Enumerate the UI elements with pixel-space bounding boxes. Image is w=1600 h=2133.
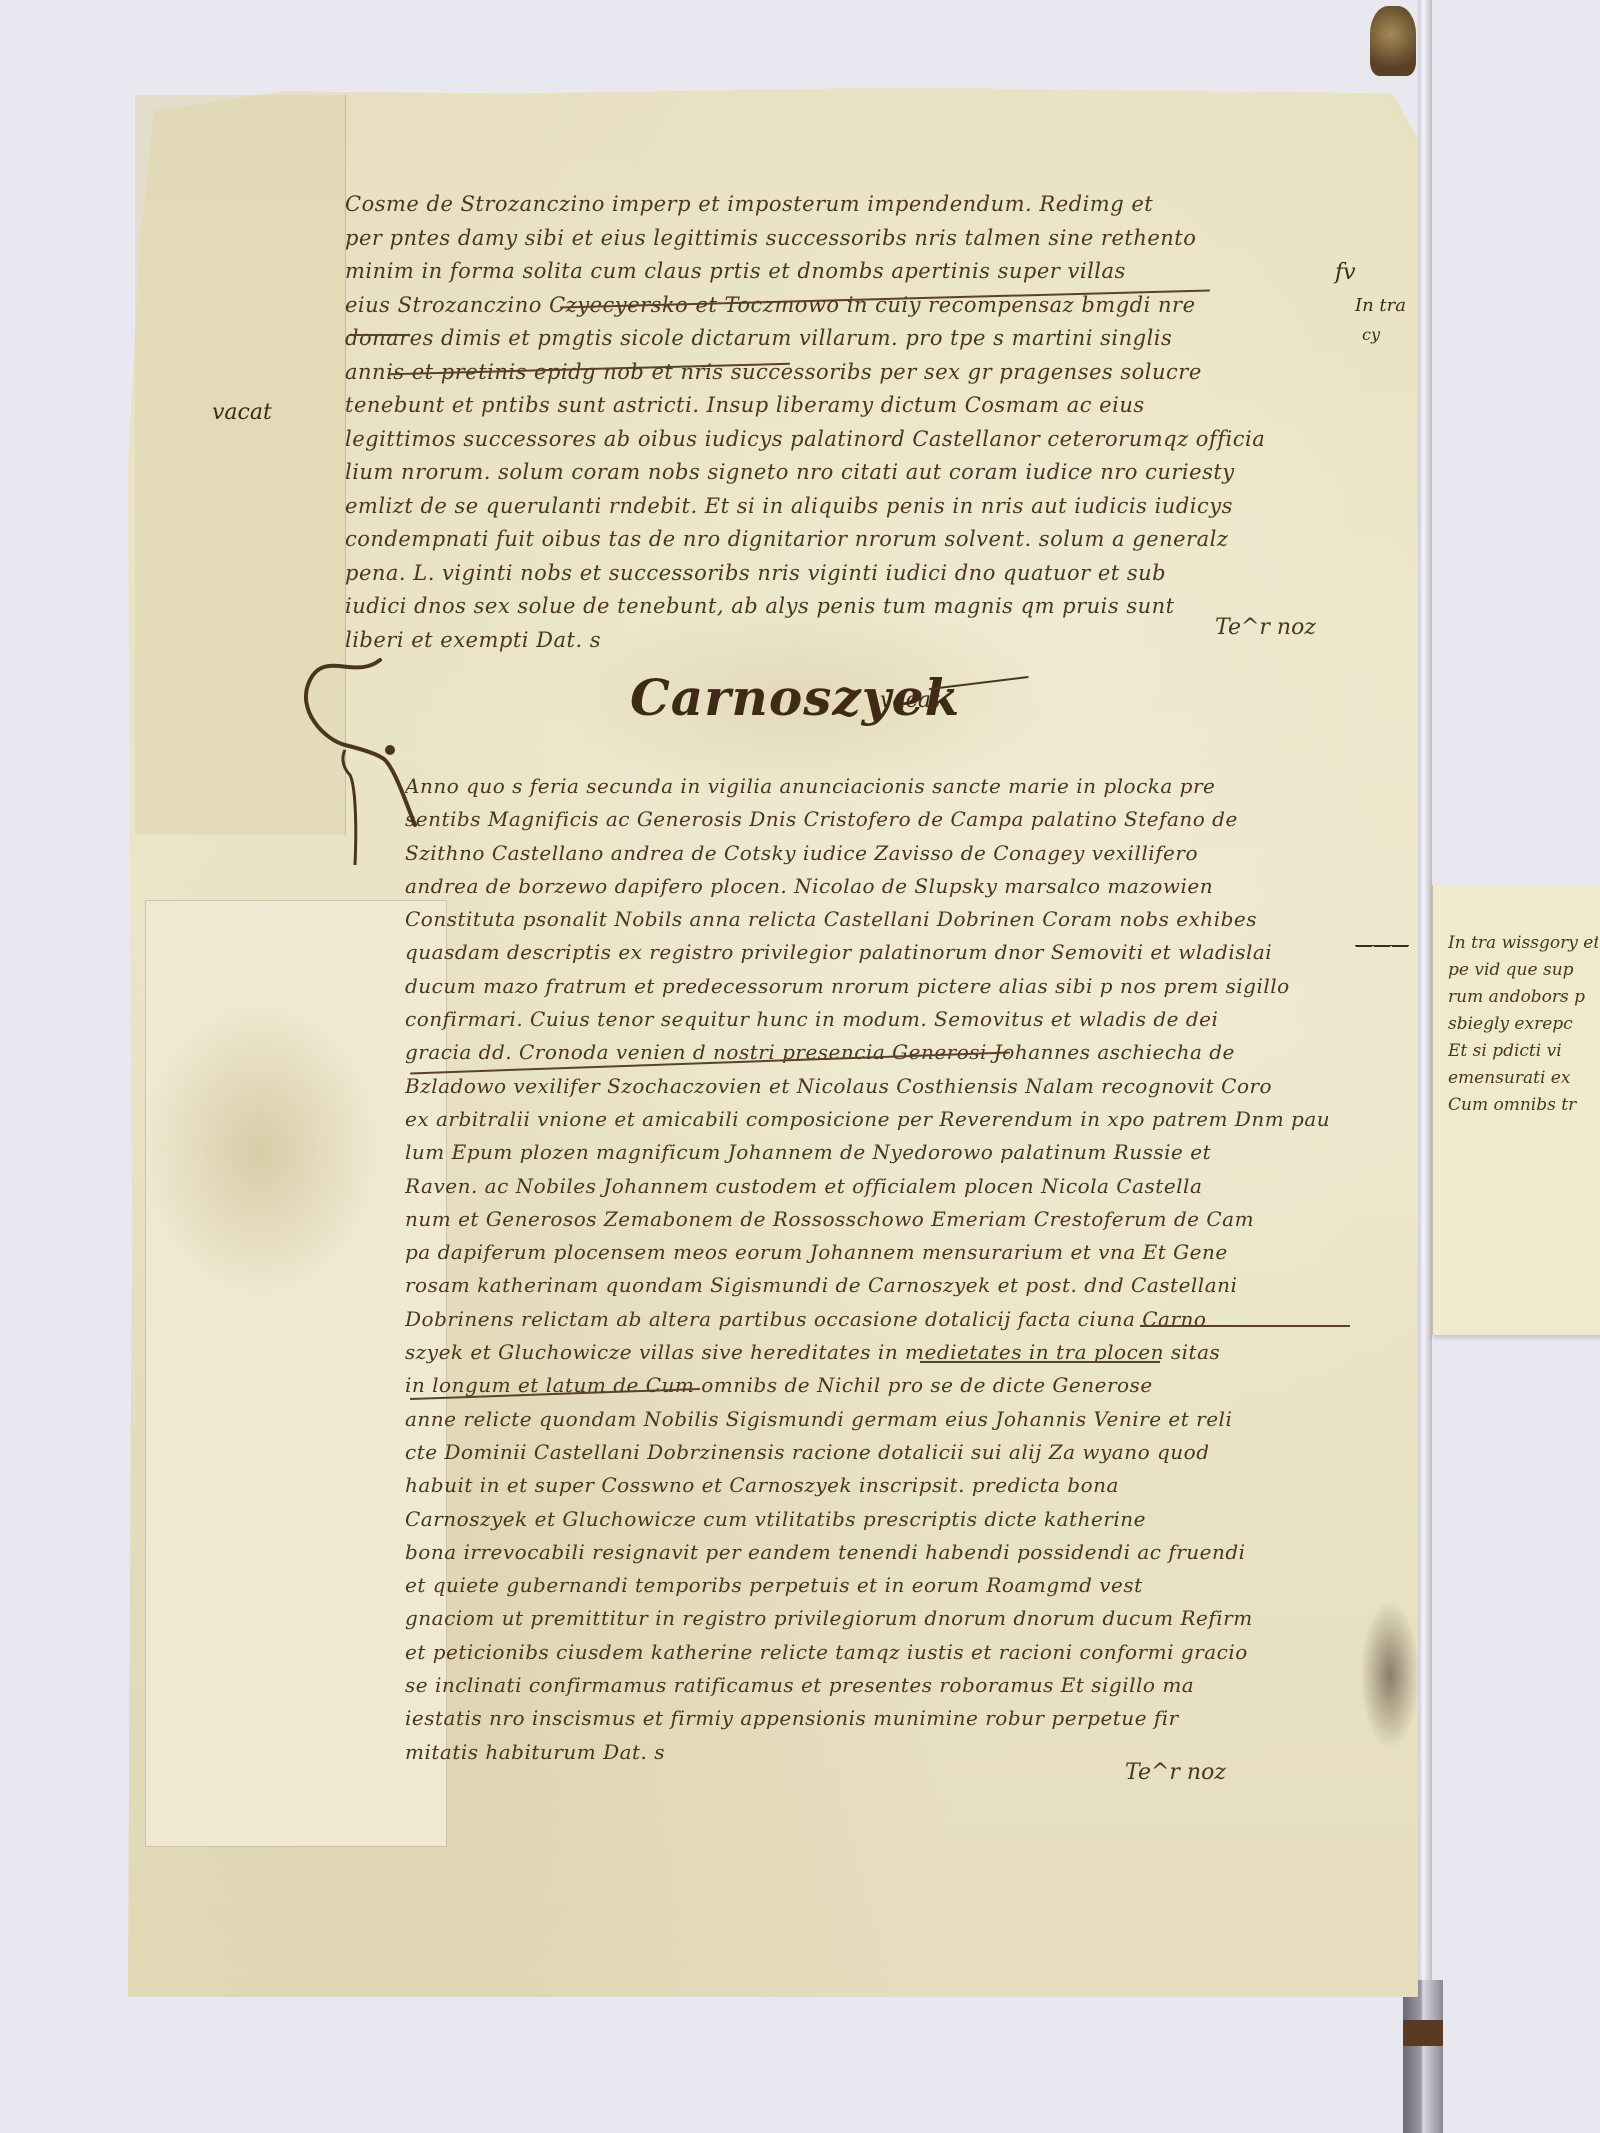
binding-rod	[1403, 1980, 1443, 2133]
text-line: sentibs Magnificis ac Generosis Dnis Cri…	[405, 803, 1415, 836]
text-line: iestatis nro inscismus et firmiy appensi…	[405, 1702, 1415, 1735]
right-margin-note: cy	[1362, 325, 1380, 344]
text-line: Anno quo s feria secunda in vigilia anun…	[405, 770, 1415, 803]
slip-line: sbiegly exrepc	[1448, 1011, 1598, 1038]
text-line: et quiete gubernandi temporibs perpetuis…	[405, 1569, 1415, 1602]
slip-line: pe vid que sup	[1448, 957, 1598, 984]
slip-line: Cum omnibs tr	[1448, 1092, 1598, 1119]
text-line: bona irrevocabili resignavit per eandem …	[405, 1536, 1415, 1569]
entry-2-text: Anno quo s feria secunda in vigilia anun…	[405, 770, 1415, 1769]
text-line: condempnati fuit oibus tas de nro dignit…	[345, 523, 1355, 557]
entry-1-closing-initials: Te^r noz	[1215, 615, 1316, 640]
text-line: num et Generosos Zemabonem de Rossosscho…	[405, 1203, 1415, 1236]
text-line: mitatis habiturum Dat. s	[405, 1736, 1415, 1769]
text-line: andrea de borzewo dapifero plocen. Nicol…	[405, 870, 1415, 903]
text-line: Carnoszyek et Gluchowicze cum vtilitatib…	[405, 1503, 1415, 1536]
text-line: pena. L. viginti nobs et successoribs nr…	[345, 557, 1355, 591]
text-line: gracia dd. Cronoda venien d nostri prese…	[405, 1036, 1415, 1069]
binding-rod-cap	[1403, 2020, 1443, 2046]
text-line: emlizt de se querulanti rndebit. Et si i…	[345, 490, 1355, 524]
text-line: Cosme de Strozanczino imperp et imposter…	[345, 188, 1355, 222]
text-line: confirmari. Cuius tenor sequitur hunc in…	[405, 1003, 1415, 1036]
marginal-drawing-manicule	[285, 650, 425, 870]
right-margin-note: In tra	[1355, 295, 1406, 316]
text-line: donares dimis et pmgtis sicole dictarum …	[345, 322, 1355, 356]
text-line: rosam katherinam quondam Sigismundi de C…	[405, 1269, 1415, 1302]
slip-line: emensurati ex	[1448, 1065, 1598, 1092]
binding-knob	[1370, 6, 1416, 76]
text-line: Dobrinens relictam ab altera partibus oc…	[405, 1303, 1415, 1336]
text-line: cte Dominii Castellani Dobrzinensis raci…	[405, 1436, 1415, 1469]
attached-slip-text: In tra wissgory et pe vid que sup rum an…	[1448, 930, 1598, 1119]
text-underline	[1140, 1325, 1350, 1327]
text-line: anne relicte quondam Nobilis Sigismundi …	[405, 1403, 1415, 1436]
text-line: se inclinati confirmamus ratificamus et …	[405, 1669, 1415, 1702]
text-line: eius Strozanczino Czyecyersko et Toczmow…	[345, 289, 1355, 323]
entry-2-closing-initials: Te^r noz	[1125, 1760, 1226, 1785]
text-line: Szithno Castellano andrea de Cotsky iudi…	[405, 837, 1415, 870]
binding-spine	[1418, 0, 1432, 2133]
text-underline	[350, 334, 410, 336]
water-stain	[140, 1000, 380, 1300]
left-margin-note: vacat	[212, 400, 272, 425]
text-line: Constituta psonalit Nobils anna relicta …	[405, 903, 1415, 936]
right-margin-note: fv	[1335, 260, 1356, 285]
text-line: Raven. ac Nobiles Johannem custodem et o…	[405, 1170, 1415, 1203]
text-line: legittimos successores ab oibus iudicys …	[345, 423, 1355, 457]
slip-line: In tra wissgory et	[1448, 930, 1598, 957]
entry-1-text: Cosme de Strozanczino imperp et imposter…	[345, 188, 1355, 657]
text-line: gnaciom ut premittitur in registro privi…	[405, 1602, 1415, 1635]
text-line: szyek et Gluchowicze villas sive heredit…	[405, 1336, 1415, 1369]
text-line: Bzladowo vexilifer Szochaczovien et Nico…	[405, 1070, 1415, 1103]
text-line: tenebunt et pntibs sunt astricti. Insup …	[345, 389, 1355, 423]
text-line: quasdam descriptis ex registro privilegi…	[405, 936, 1415, 969]
text-line: habuit in et super Cosswno et Carnoszyek…	[405, 1469, 1415, 1502]
text-line: iudici dnos sex solue de tenebunt, ab al…	[345, 590, 1355, 624]
text-underline	[920, 1361, 1160, 1363]
text-line: minim in forma solita cum claus prtis et…	[345, 255, 1355, 289]
text-line: liberi et exempti Dat. s	[345, 624, 1355, 658]
struck-margin-word: ———	[1355, 935, 1409, 956]
text-line: ducum mazo fratrum et predecessorum nror…	[405, 970, 1415, 1003]
text-line: ex arbitralii vnione et amicabili compos…	[405, 1103, 1415, 1136]
text-line: pa dapiferum plocensem meos eorum Johann…	[405, 1236, 1415, 1269]
slip-line: rum andobors p	[1448, 984, 1598, 1011]
text-line: in longum et latum de Cum omnibs de Nich…	[405, 1369, 1415, 1402]
text-line: lum Epum plozen magnificum Johannem de N…	[405, 1136, 1415, 1169]
text-line: per pntes damy sibi et eius legittimis s…	[345, 222, 1355, 256]
slip-line: Et si pdicti vi	[1448, 1038, 1598, 1065]
text-line: lium nrorum. solum coram nobs signeto nr…	[345, 456, 1355, 490]
text-line: et peticionibs ciusdem katherine relicte…	[405, 1636, 1415, 1669]
